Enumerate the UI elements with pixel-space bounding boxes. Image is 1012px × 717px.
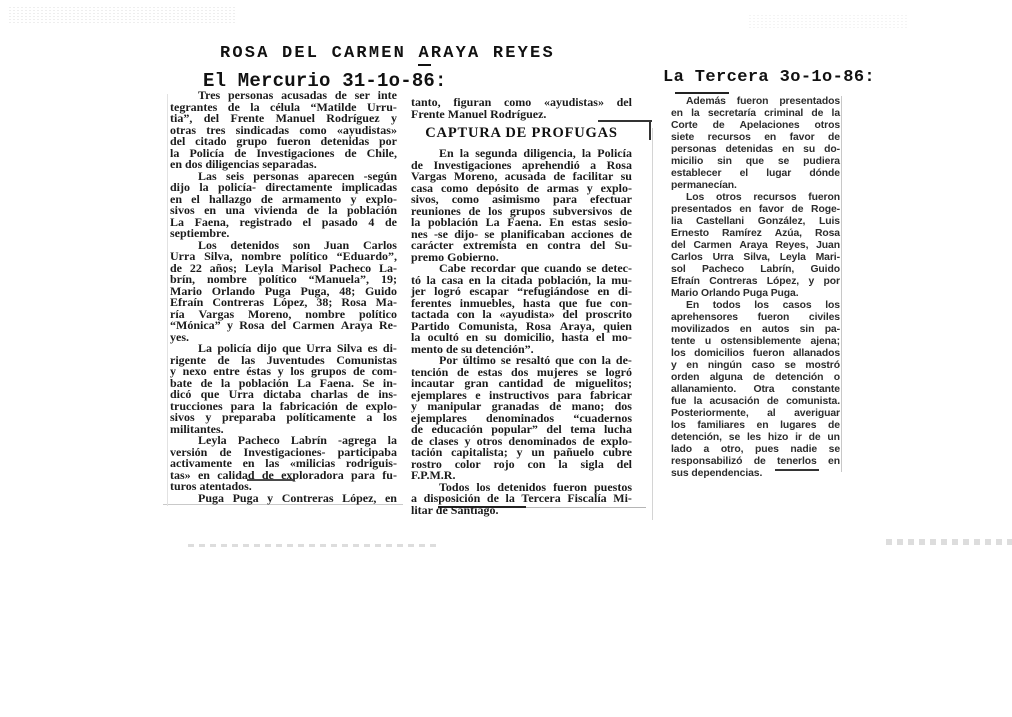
article-line: liaCastellaniGonzález,Luis: [671, 216, 840, 228]
article-line: EfraínContrerasLópez,ypor: [671, 276, 840, 288]
article-line: ladoaotro,puesnadiese: [671, 444, 840, 456]
scan-squiggle-bottom-left: [188, 544, 438, 547]
article-line: “Mónica”yRosadelCarmenArayaRe-: [170, 320, 397, 332]
mercurio-article-column-1: Trespersonasacusadasdeserintetegrantesde…: [170, 90, 397, 504]
article-line: responsabilizódetenerlosen: [671, 456, 840, 468]
article-line: fuelaacusacióndecomunista.: [671, 396, 840, 408]
article-line: detención,seleshizoirdeun: [671, 432, 840, 444]
article-line: sieterecursosenfavorde: [671, 132, 840, 144]
clipping-edge-left: [167, 94, 168, 506]
article-line: truccionesparalafabricacióndeexplo-: [170, 401, 397, 413]
article-line: sus dependencias.: [671, 468, 840, 480]
article-line: delCarmenArayaReyes,Juan: [671, 240, 840, 252]
article-line: losdomiciliosfueronallanados: [671, 348, 840, 360]
article-line: Posteriormente,alaveriguar: [671, 408, 840, 420]
article-line: losfamiliaresenlugaresde: [671, 420, 840, 432]
article-line: ErnestoRamírezAzúa,Rosa: [671, 228, 840, 240]
scanned-newspaper-page: { "title": { "pre": "ROSA DEL CARMEN ", …: [0, 0, 1012, 717]
article-line: permanecían.: [671, 180, 840, 192]
article-line: tenteuostensiblementeajena;: [671, 336, 840, 348]
article-line: PugaPugayContrerasLópez,en: [170, 493, 397, 505]
clipping-edge-right: [841, 96, 842, 472]
article-line: CortedeApelacionesotros: [671, 120, 840, 132]
article-line: CarlosUrraSilva,LeylaMari-: [671, 252, 840, 264]
clipping-edge-mid: [652, 128, 653, 520]
article-line: solPachecoLabrín,Guido: [671, 264, 840, 276]
tercera-header-underline: [675, 92, 729, 94]
article-line: miciliosinquesepudiera: [671, 156, 840, 168]
scan-noise-top-left: [8, 6, 236, 24]
article-line: Mario Orlando Puga Puga.: [671, 288, 840, 300]
article-line: allanamiento.Otraconstante: [671, 384, 840, 396]
article-line: establecerellugardónde: [671, 168, 840, 180]
document-title-pre: ROSA DEL CARMEN: [220, 44, 418, 63]
article-line: ordenalgunadedetencióno: [671, 372, 840, 384]
article-line: Ademásfueronpresentados: [671, 96, 840, 108]
scan-squiggle-bottom-right: [886, 539, 1012, 545]
article-line: yenningúncasosemostró: [671, 360, 840, 372]
scan-noise-top-right: [748, 14, 908, 28]
document-title-underlined-letter: A: [418, 44, 430, 66]
mercurio-article-column-2: tanto,figurancomo«ayudistas»delFrente Ma…: [411, 97, 632, 516]
document-title: ROSA DEL CARMEN ARAYA REYES: [220, 44, 555, 63]
article-line: enlasecretaríacriminaldela: [671, 108, 840, 120]
source-header-la-tercera: La Tercera 3o-1o-86:: [663, 68, 875, 87]
article-line: Frente Manuel Rodríguez.: [411, 109, 632, 121]
article-line: presentadosenfavordeRoge-: [671, 204, 840, 216]
article-line: personasdetenidasensudo-: [671, 144, 840, 156]
article-line: Entodosloscasoslos: [671, 300, 840, 312]
article-line: aprehensoresfueronciviles: [671, 312, 840, 324]
article-subheading: CAPTURA DE PROFUGAS: [411, 126, 632, 141]
article-line: movilizadosenautossinpa-: [671, 324, 840, 336]
article-line: litar de Santiago.: [411, 505, 632, 517]
document-title-post: RAYA REYES: [431, 44, 555, 63]
scan-mark-corner-vline: [649, 120, 651, 140]
tercera-article-column: Ademásfueronpresentadosenlasecretaríacri…: [671, 96, 840, 480]
article-line: Losotrosrecursosfueron: [671, 192, 840, 204]
